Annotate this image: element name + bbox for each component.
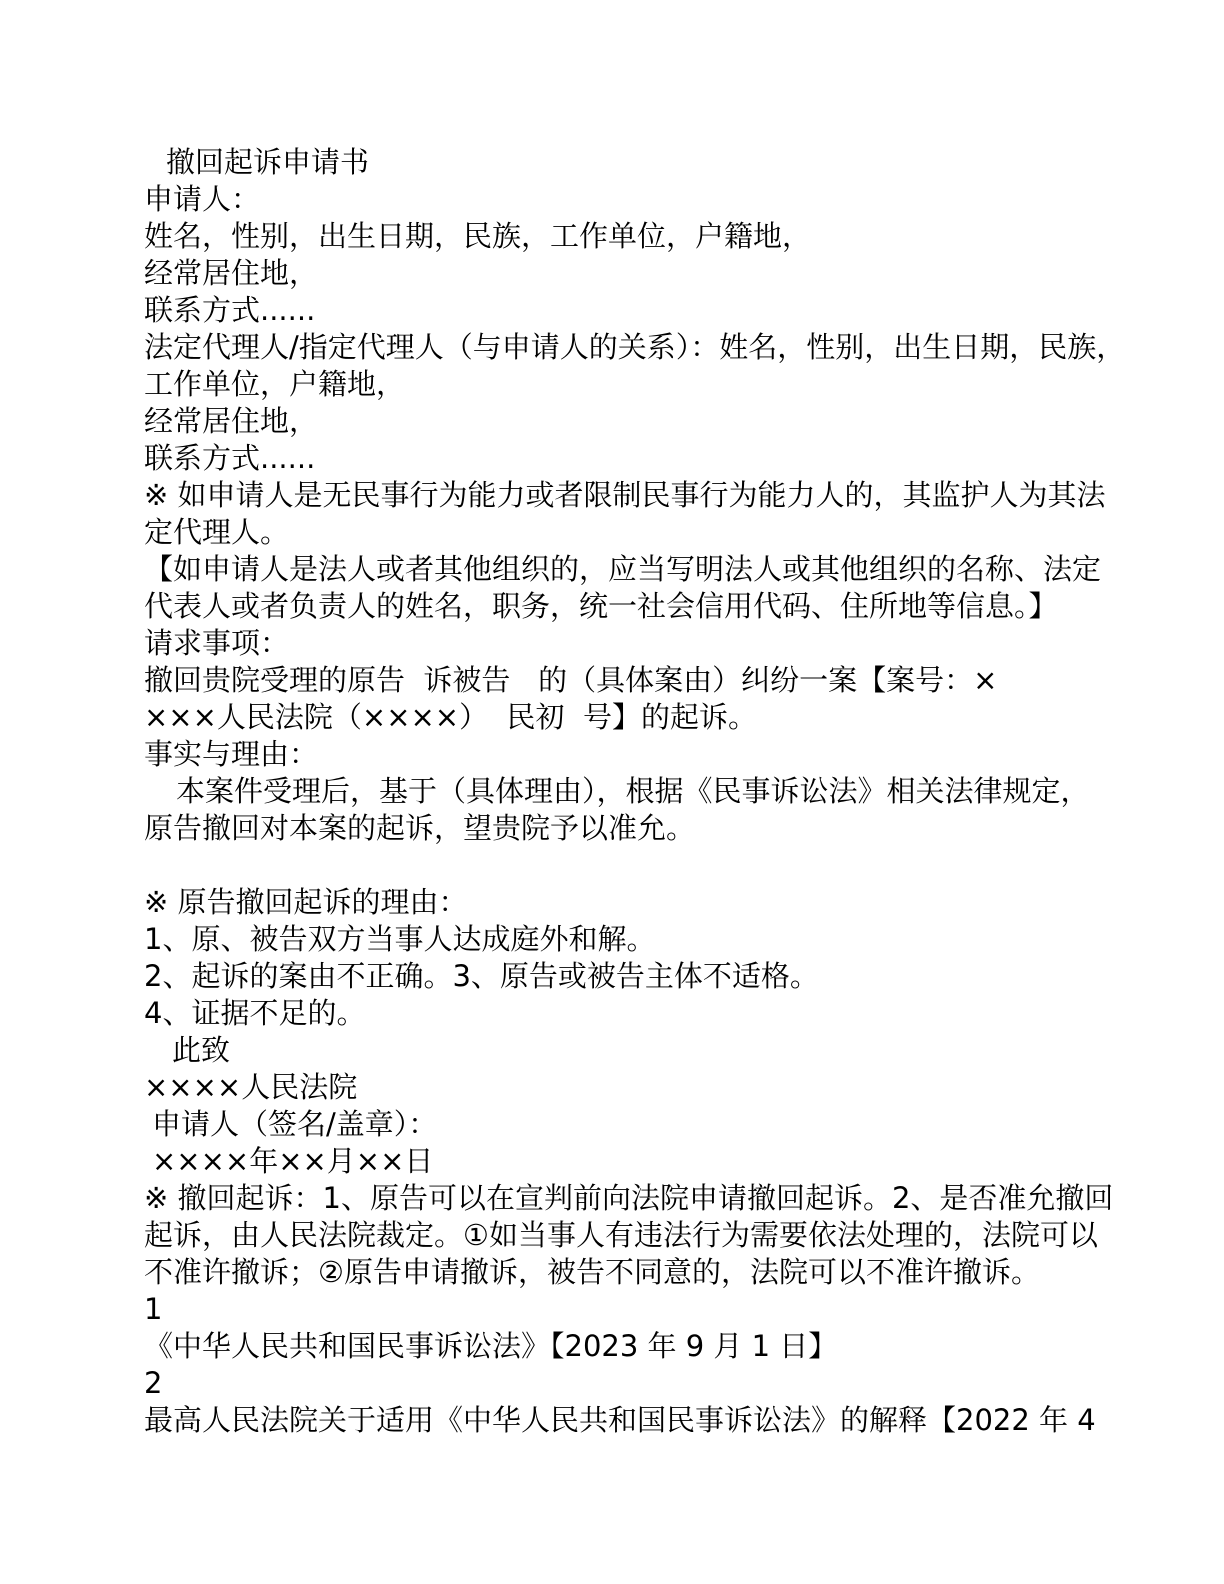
line-contact: 联系方式...... bbox=[144, 292, 1168, 329]
line-reason-2-3: 2、起诉的案由不正确。3、原告或被告主体不适格。 bbox=[144, 958, 1168, 995]
line-residence: 经常居住地， bbox=[144, 255, 1168, 292]
line-applicant-details: 姓名，性别，出生日期，民族，工作单位，户籍地， bbox=[144, 218, 1168, 255]
line-reason-4: 4、证据不足的。 bbox=[144, 995, 1168, 1032]
line-reason-1: 1、原、被告双方当事人达成庭外和解。 bbox=[144, 921, 1168, 958]
line-date: ××××年××月××日 bbox=[144, 1143, 1168, 1180]
line-footnote-1-citation: 《中华人民共和国民事诉讼法》【2023 年 9 月 1 日】 bbox=[144, 1328, 1168, 1365]
document-page: 撤回起诉申请书 申请人： 姓名，性别，出生日期，民族，工作单位，户籍地， 经常居… bbox=[0, 0, 1224, 1584]
line-request-body: 撤回贵院受理的原告 诉被告 的（具体案由）纠纷一案【案号：× bbox=[144, 662, 1168, 699]
line-agent-residence: 经常居住地， bbox=[144, 403, 1168, 440]
line-footnote-2-citation: 最高人民法院关于适用《中华人民共和国民事诉讼法》的解释【2022 年 4 bbox=[144, 1402, 1168, 1439]
line-applicant: 申请人： bbox=[144, 181, 1168, 218]
line-facts-body: 本案件受理后，基于（具体理由），根据《民事诉讼法》相关法律规定， bbox=[144, 773, 1168, 810]
line-withdraw-reasons-heading: ※ 原告撤回起诉的理由： bbox=[144, 884, 1168, 921]
line-note-entity-cont: 代表人或者负责人的姓名，职务，统一社会信用代码、住所地等信息。】 bbox=[144, 588, 1168, 625]
line-note-capacity: ※ 如申请人是无民事行为能力或者限制民事行为能力人的，其监护人为其法 bbox=[144, 477, 1168, 514]
line-facts-body-cont: 原告撤回对本案的起诉，望贵院予以准允。 bbox=[144, 810, 1168, 847]
line-agent-contact: 联系方式...... bbox=[144, 440, 1168, 477]
line-court-name: ××××人民法院 bbox=[144, 1069, 1168, 1106]
line-note-withdraw: ※ 撤回起诉：1、原告可以在宣判前向法院申请撤回起诉。2、是否准允撤回 bbox=[144, 1180, 1168, 1217]
line-request-body-cont: ×××人民法院（××××） 民初 号】的起诉。 bbox=[144, 699, 1168, 736]
line-blank bbox=[144, 847, 1168, 884]
line-salutation: 此致 bbox=[144, 1032, 1168, 1069]
line-footnote-2-number: 2 bbox=[144, 1365, 1168, 1402]
line-signature: 申请人（签名/盖章）： bbox=[144, 1106, 1168, 1143]
line-footnote-1-number: 1 bbox=[144, 1291, 1168, 1328]
line-facts-heading: 事实与理由： bbox=[144, 736, 1168, 773]
line-request-heading: 请求事项： bbox=[144, 625, 1168, 662]
line-legal-agent: 法定代理人/指定代理人（与申请人的关系）：姓名，性别，出生日期，民族， bbox=[144, 329, 1168, 366]
line-note-withdraw-cont: 起诉，由人民法院裁定。①如当事人有违法行为需要依法处理的，法院可以 bbox=[144, 1217, 1168, 1254]
document-title: 撤回起诉申请书 bbox=[144, 144, 1168, 181]
line-note-capacity-cont: 定代理人。 bbox=[144, 514, 1168, 551]
line-note-withdraw-cont-2: 不准许撤诉；②原告申请撤诉，被告不同意的，法院可以不准许撤诉。 bbox=[144, 1254, 1168, 1291]
line-agent-work: 工作单位，户籍地， bbox=[144, 366, 1168, 403]
line-note-entity: 【如申请人是法人或者其他组织的，应当写明法人或其他组织的名称、法定 bbox=[144, 551, 1168, 588]
